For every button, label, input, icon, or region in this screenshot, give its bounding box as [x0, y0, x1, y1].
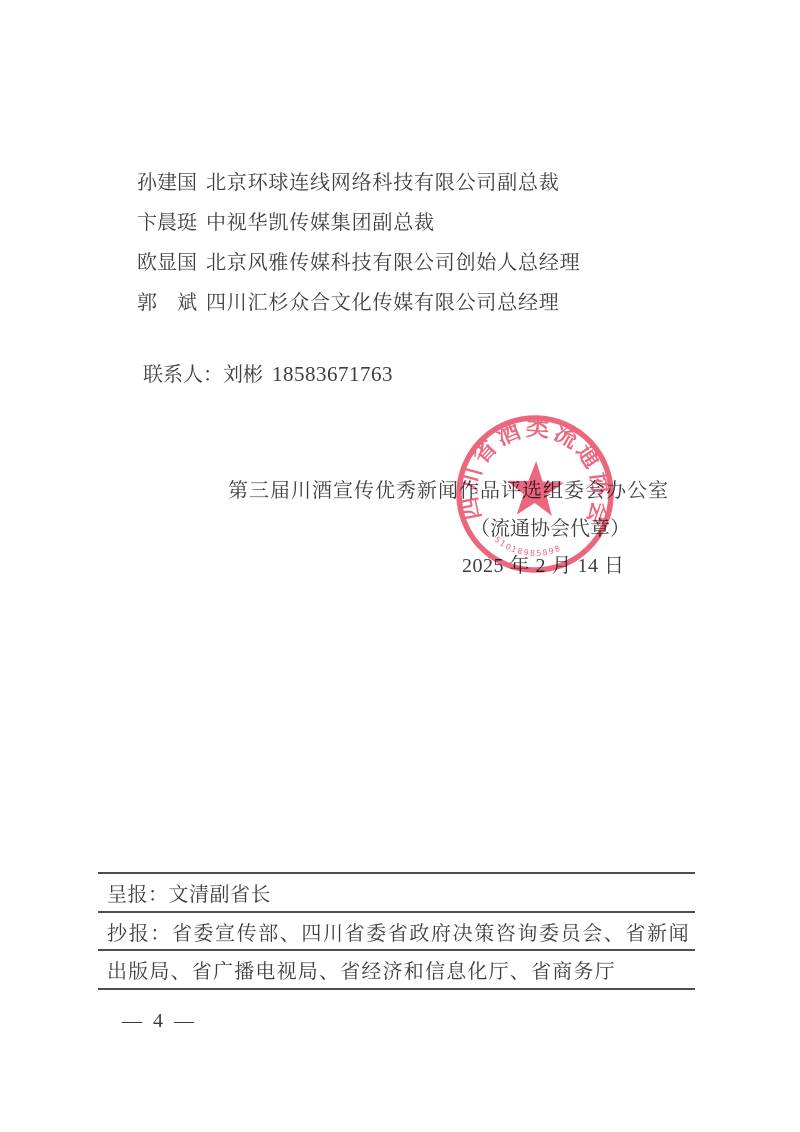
row-content: 文清副省长 [169, 878, 272, 907]
judge-name: 卞晨珽 [137, 206, 197, 235]
distribution-table: 呈报：文清副省长 抄报：省委宣传部、四川省委省政府决策咨询委员会、省新闻 出版局… [98, 872, 695, 990]
contact-label: 联系人： [143, 358, 223, 387]
row-content: 省委宣传部、四川省委省政府决策咨询委员会、省新闻 [172, 917, 690, 946]
list-item: 欧显国 北京风雅传媒科技有限公司创始人总经理 [137, 240, 580, 280]
judge-name: 欧显国 [137, 246, 197, 275]
page-number: — 4 — [122, 1010, 197, 1033]
judge-title: 北京环球连线网络科技有限公司副总裁 [206, 166, 560, 195]
judge-title: 北京风雅传媒科技有限公司创始人总经理 [206, 246, 580, 275]
judges-list: 孙建国 北京环球连线网络科技有限公司副总裁 卞晨珽 中视华凯传媒集团副总裁 欧显… [137, 160, 580, 320]
table-row: 抄报：省委宣传部、四川省委省政府决策咨询委员会、省新闻 [98, 913, 695, 951]
judge-name: 孙建国 [137, 166, 197, 195]
signature-organization: 第三届川酒宣传优秀新闻作品评选组委会办公室 [228, 474, 669, 503]
judge-name: 郭 斌 [137, 286, 197, 315]
list-item: 郭 斌 四川汇杉众合文化传媒有限公司总经理 [137, 280, 580, 320]
signature-date: 2025 年 2 月 14 日 [462, 549, 625, 578]
row-label: 呈报： [107, 878, 169, 907]
row-content: 出版局、省广播电视局、省经济和信息化厅、省商务厅 [107, 955, 616, 984]
contact-phone: 18583671763 [272, 362, 393, 387]
list-item: 卞晨珽 中视华凯传媒集团副总裁 [137, 200, 580, 240]
list-item: 孙建国 北京环球连线网络科技有限公司副总裁 [137, 160, 580, 200]
table-row: 呈报：文清副省长 [98, 874, 695, 913]
judge-title: 四川汇杉众合文化传媒有限公司总经理 [206, 286, 560, 315]
contact-name: 刘彬 [223, 358, 263, 387]
contact-line: 联系人：刘彬 18583671763 [143, 358, 393, 387]
row-label: 抄报： [107, 917, 172, 946]
judge-title: 中视华凯传媒集团副总裁 [206, 206, 435, 235]
signature-note: （流通协会代章） [470, 512, 630, 541]
table-row: 出版局、省广播电视局、省经济和信息化厅、省商务厅 [98, 951, 695, 990]
document-page: 孙建国 北京环球连线网络科技有限公司副总裁 卞晨珽 中视华凯传媒集团副总裁 欧显… [0, 0, 800, 1132]
